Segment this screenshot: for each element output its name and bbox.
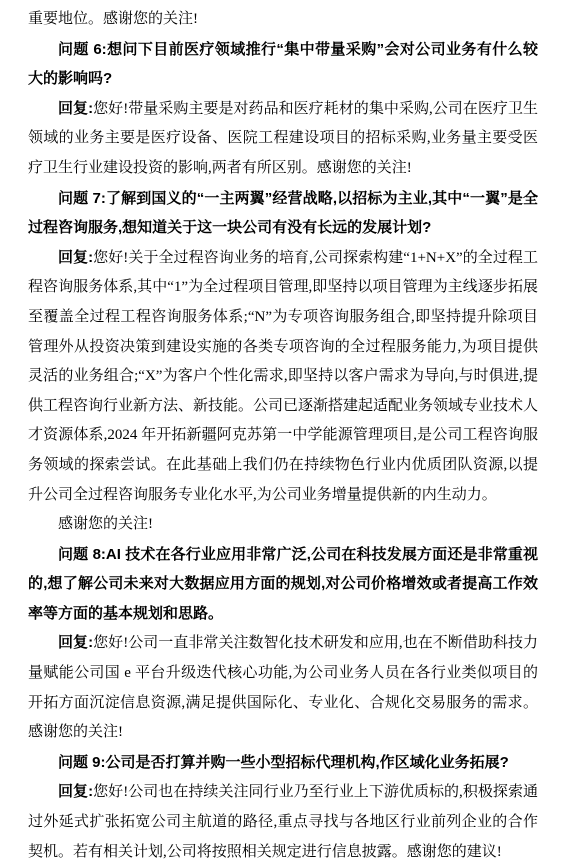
paragraph-label: 回复: [58, 100, 93, 117]
paragraph-question: 问题 9:公司是否打算并购一些小型招标代理机构,作区域化业务拓展? [28, 748, 538, 778]
paragraph-label: 回复: [58, 634, 93, 651]
paragraph-text: 您好!公司一直非常关注数智化技术研发和应用,也在不断借助科技力量赋能公司国 e … [28, 635, 538, 740]
paragraph-label: 回复: [58, 249, 93, 266]
paragraph-reply: 回复:您好!带量采购主要是对药品和医疗耗材的集中采购,公司在医疗卫生领域的业务主… [28, 94, 538, 184]
paragraph-question: 问题 8:AI 技术在各行业应用非常广泛,公司在科技发展方面还是非常重视的,想了… [28, 540, 538, 629]
document-body: 重要地位。感谢您的关注!问题 6:想问下目前医疗领域推行“集中带量采购”会对公司… [28, 5, 538, 860]
paragraph-text: 您好!公司也在持续关注同行业乃至行业上下游优质标的,积极探索通过外延式扩张拓宽公… [28, 784, 538, 859]
paragraph-question: 问题 7:了解到国义的“一主两翼”经营战略,以招标为主业,其中“一翼”是全过程咨… [28, 184, 538, 243]
paragraph-label: 回复: [58, 783, 93, 800]
paragraph-label: 问题 8: [58, 546, 106, 563]
paragraph-text: 您好!关于全过程咨询业务的培育,公司探索构建“1+N+X”的全过程工程咨询服务体… [28, 250, 538, 503]
paragraph-reply: 回复:您好!公司也在持续关注同行业乃至行业上下游优质标的,积极探索通过外延式扩张… [28, 777, 538, 860]
paragraph-label: 问题 9: [58, 754, 106, 771]
document-page: 重要地位。感谢您的关注!问题 6:想问下目前医疗领域推行“集中带量采购”会对公司… [0, 0, 566, 860]
paragraph-text: 您好!带量采购主要是对药品和医疗耗材的集中采购,公司在医疗卫生领域的业务主要是医… [28, 101, 538, 176]
paragraph-closing: 感谢您的关注! [28, 510, 538, 540]
paragraph-text: 公司是否打算并购一些小型招标代理机构,作区域化业务拓展? [106, 754, 509, 771]
paragraph-text: 感谢您的关注! [58, 516, 153, 532]
paragraph-label: 问题 6: [58, 41, 107, 58]
paragraph-text: 重要地位。感谢您的关注! [28, 11, 198, 27]
paragraph-reply: 回复:您好!关于全过程咨询业务的培育,公司探索构建“1+N+X”的全过程工程咨询… [28, 243, 538, 510]
paragraph-continuation: 重要地位。感谢您的关注! [28, 5, 538, 35]
paragraph-question: 问题 6:想问下目前医疗领域推行“集中带量采购”会对公司业务有什么较大的影响吗? [28, 35, 538, 94]
paragraph-label: 问题 7: [58, 190, 106, 207]
paragraph-reply: 回复:您好!公司一直非常关注数智化技术研发和应用,也在不断借助科技力量赋能公司国… [28, 628, 538, 747]
